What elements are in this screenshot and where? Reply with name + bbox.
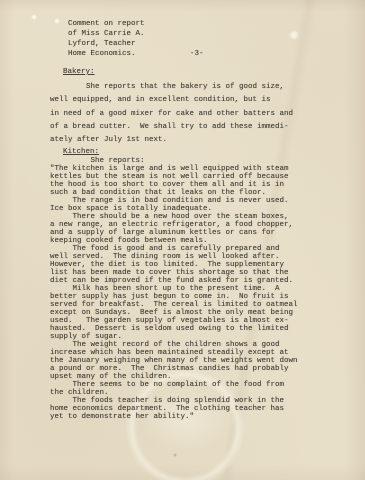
text-line: the hood is too short to cover them all …: [50, 181, 298, 189]
text-line: The food is good and is carefully prepar…: [50, 245, 298, 253]
text-line: used. The garden supply of vegetables is…: [50, 317, 298, 325]
text-line: diet can be improved if the fund asked f…: [50, 277, 298, 285]
document-header: Comment on reportof Miss Carrie A.Lyford…: [68, 19, 145, 59]
text-line: such a bad condition that it leaks on th…: [50, 189, 298, 197]
text-line: a pound or more. The Christmas candies h…: [50, 365, 298, 373]
text-line: served for breakfast. The cereal is limi…: [50, 301, 298, 309]
text-line: kettles but the steam is not well carrie…: [50, 173, 298, 181]
text-line: a new range, an electric refrigerator, a…: [50, 221, 298, 229]
text-line: the January weighing when many of the we…: [50, 357, 298, 365]
text-line: Ice box space is totally inadequate.: [50, 205, 298, 213]
text-line: The weight record of the children shows …: [50, 341, 298, 349]
text-line: There should be a new hood over the stea…: [50, 213, 298, 221]
text-line: hausted. Dessert is seldom used owing to…: [50, 325, 298, 333]
text-line: "The kitchen is large and is well equipp…: [50, 165, 298, 173]
text-line: well served. The dining room is well loo…: [50, 253, 298, 261]
text-line: better supply has just begun to come in.…: [50, 293, 298, 301]
text-line: well equipped, and in excellent conditio…: [50, 94, 293, 107]
text-line: She reports:: [50, 157, 298, 165]
text-line: home economics department. The clothing …: [50, 405, 298, 413]
header-line: Lyford, Teacher: [68, 39, 145, 49]
header-line: of Miss Carrie A.: [68, 29, 145, 39]
text-line: except on Sundays. Beef is almost the on…: [50, 309, 298, 317]
text-line: keeping cooked foods between meals.: [50, 237, 298, 245]
text-line: supply of sugar.: [50, 333, 298, 341]
bakery-section-heading: Bakery:: [63, 68, 95, 77]
text-line: The foods teacher is doing splendid work…: [50, 397, 298, 405]
text-line: increase which has been maintained stead…: [50, 349, 298, 357]
text-line: and a supply of large aluminum kettles o…: [50, 229, 298, 237]
text-line: list has been made to cover this shortag…: [50, 269, 298, 277]
typewritten-page: Comment on reportof Miss Carrie A.Lyford…: [0, 0, 365, 480]
text-line: There seems to be no complaint of the fo…: [50, 381, 298, 389]
text-line: ately after July 1st next.: [50, 134, 293, 147]
kitchen-paragraphs: She reports:"The kitchen is large and is…: [50, 157, 298, 421]
text-line: Milk has been short up to the present ti…: [50, 285, 298, 293]
text-line: However, the diet is too limited. The su…: [50, 261, 298, 269]
bakery-paragraph: She reports that the bakery is of good s…: [50, 81, 293, 147]
page-number: -3-: [190, 49, 204, 59]
header-line: Comment on report: [68, 19, 145, 29]
kitchen-section-heading: Kitchen:: [63, 148, 99, 157]
text-line: of a bread cutter. We shall try to add t…: [50, 121, 293, 134]
text-line: She reports that the bakery is of good s…: [50, 81, 293, 94]
text-line: yet to demonstrate her ability.": [50, 413, 298, 421]
section-bakery: Bakery: She reports that the bakery is o…: [50, 68, 293, 147]
text-line: The range is in bad condition and is nev…: [50, 197, 298, 205]
header-lines: Comment on reportof Miss Carrie A.Lyford…: [68, 19, 145, 59]
section-kitchen: Kitchen: She reports:"The kitchen is lar…: [50, 148, 298, 421]
text-line: upset many of the children.: [50, 373, 298, 381]
text-line: the children.: [50, 389, 298, 397]
header-line: Home Economics.: [68, 49, 145, 59]
text-line: in need of a good mixer for cake and oth…: [50, 108, 293, 121]
